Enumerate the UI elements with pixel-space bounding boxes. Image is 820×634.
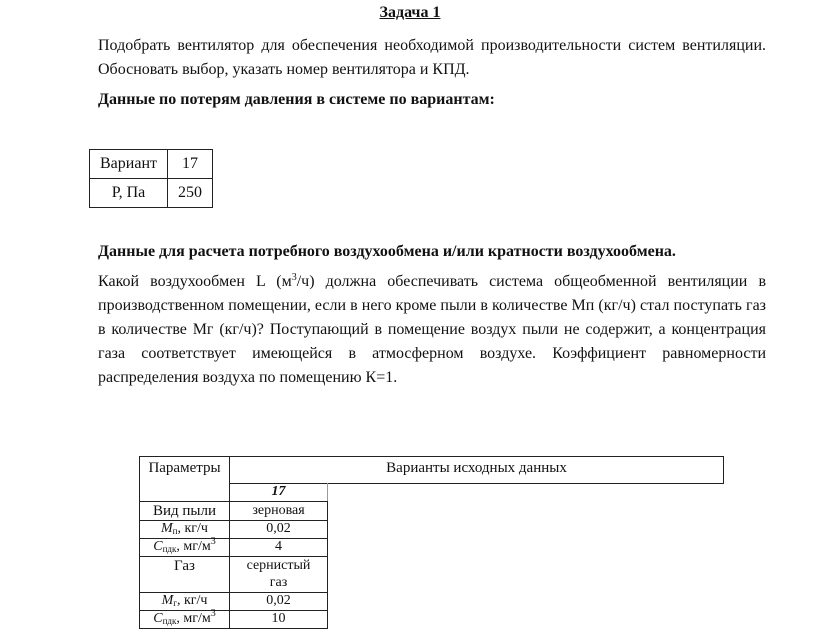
table-cell-value: 17 xyxy=(168,150,213,179)
table-cell-label: Р, Па xyxy=(90,179,168,208)
row-label-dust-type: Вид пыли xyxy=(139,502,230,520)
table-cell-label: Вариант xyxy=(90,150,168,179)
question-text: Какой воздухообмен L (м3/ч) должна обесп… xyxy=(98,270,766,390)
row-value-cpdk-dust: 4 xyxy=(229,538,328,556)
row-label-mg: Mг, кг/ч xyxy=(139,592,230,610)
row-value-gas-line2: газ xyxy=(229,574,328,592)
row-value-gas-line1: сернистый xyxy=(229,557,328,575)
variant-number: 17 xyxy=(229,483,328,501)
table-row: Вариант 17 xyxy=(90,150,213,179)
row-value-mg: 0,02 xyxy=(229,592,328,610)
table-row: Р, Па 250 xyxy=(90,179,213,208)
variants-header-label: Варианты исходных данных xyxy=(229,459,724,477)
airflow-heading: Данные для расчета потребного воздухообм… xyxy=(98,240,766,264)
table-cell-value: 250 xyxy=(168,179,213,208)
row-label-mp: Mп, кг/ч xyxy=(139,520,230,538)
row-value-dust-type: зерновая xyxy=(229,502,328,520)
row-label-cpdk-dust: Cпдк, мг/м3 xyxy=(139,538,230,556)
row-label-cpdk-gas: Cпдк, мг/м3 xyxy=(139,610,230,628)
params-header-label: Параметры xyxy=(139,459,230,477)
row-label-gas: Газ xyxy=(139,557,230,575)
row-value-cpdk-gas: 10 xyxy=(229,610,328,628)
page-title: Задача 1 xyxy=(0,4,820,22)
grid-line xyxy=(327,483,328,502)
row-value-mp: 0,02 xyxy=(229,520,328,538)
pressure-table: Вариант 17 Р, Па 250 xyxy=(89,149,213,208)
pressure-heading: Данные по потерям давления в системе по … xyxy=(98,88,766,112)
task-intro: Подобрать вентилятор для обеспечения нео… xyxy=(98,34,766,82)
